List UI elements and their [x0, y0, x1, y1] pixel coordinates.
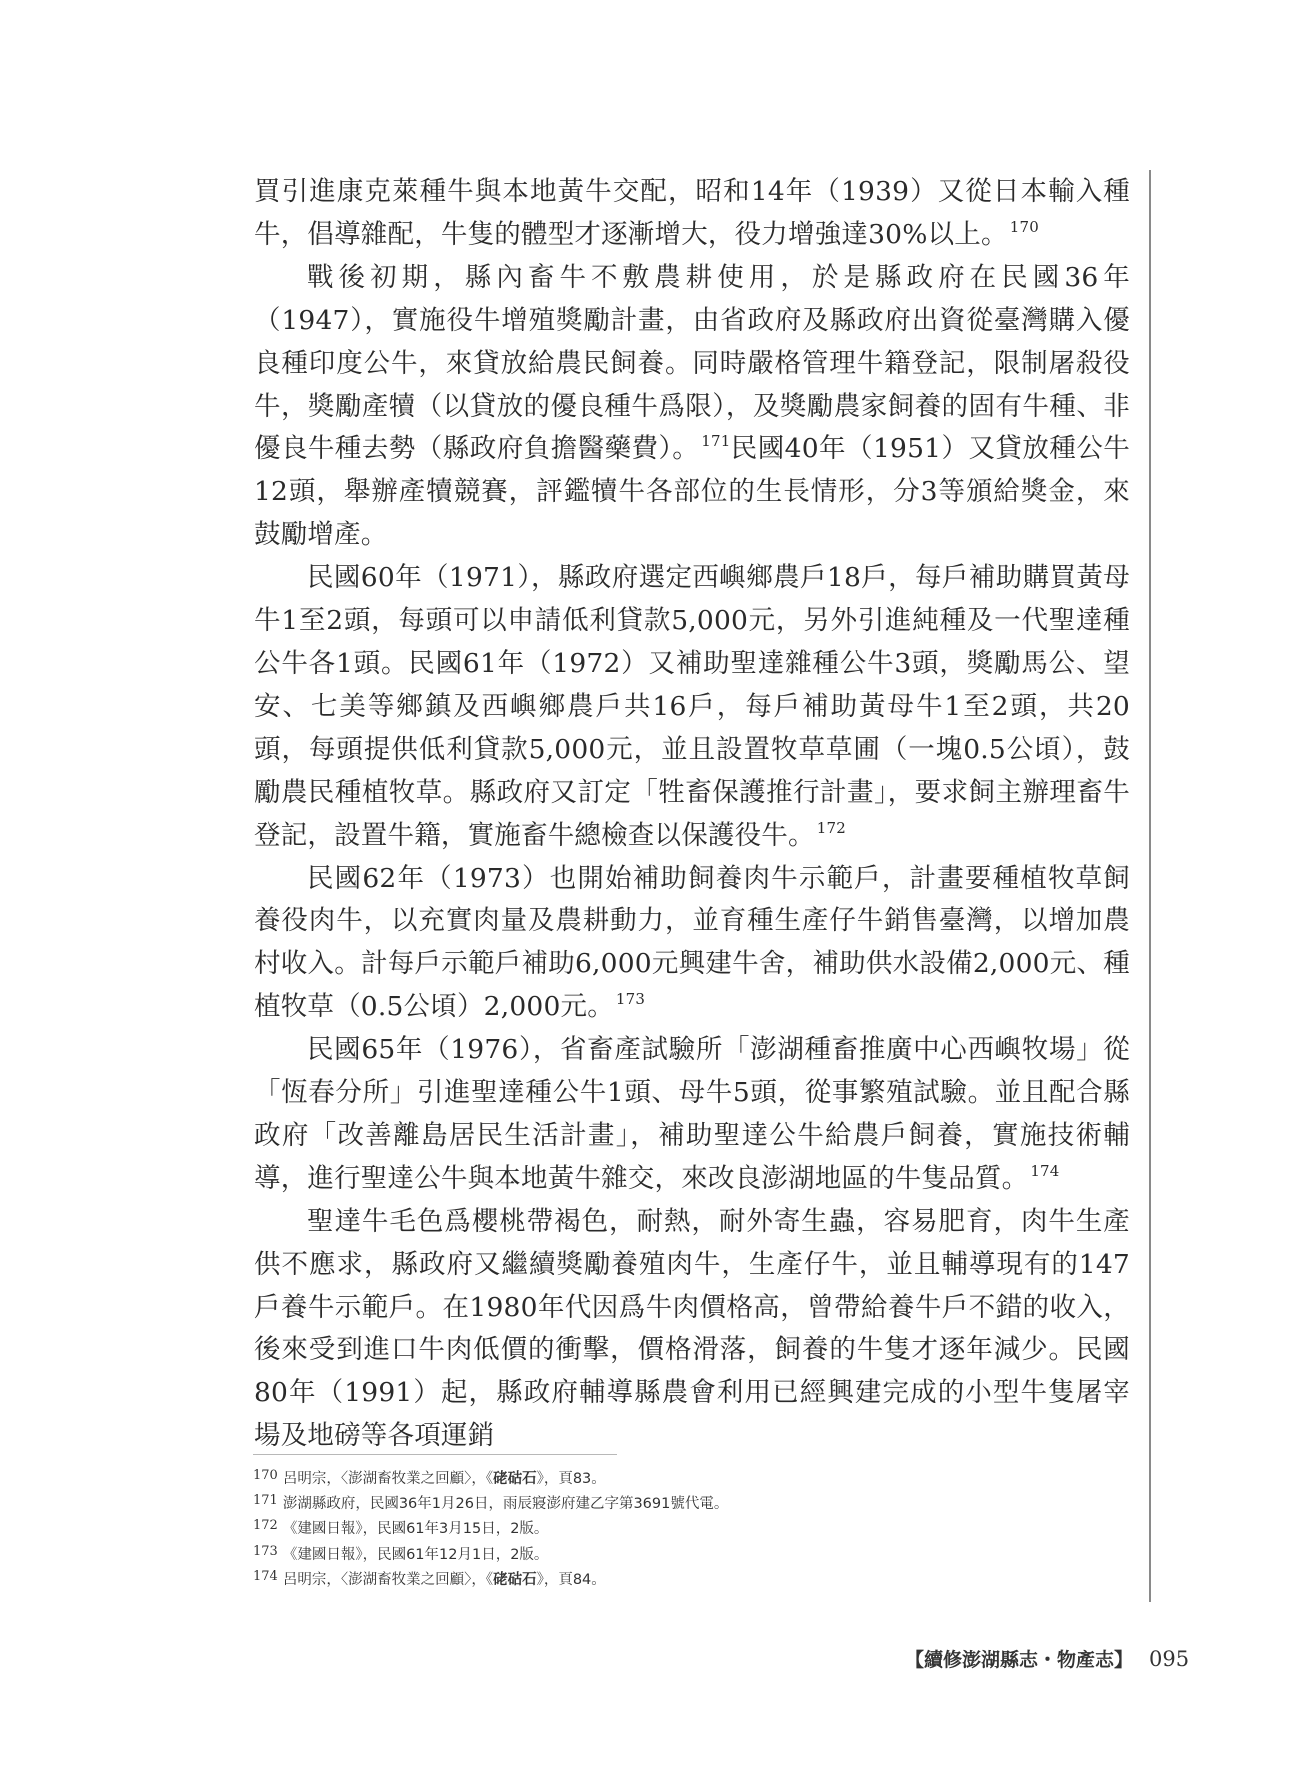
- footnote-170: 170呂明宗，〈澎湖畜牧業之回顧〉，《硓𥑮石》，頁83。: [253, 1465, 1133, 1490]
- body-text: 買引進康克萊種牛與本地黃牛交配，昭和14年（1939）又從日本輸入種牛，倡導雜配…: [254, 171, 1130, 1458]
- document-page: 買引進康克萊種牛與本地黃牛交配，昭和14年（1939）又從日本輸入種牛，倡導雜配…: [0, 0, 1300, 1779]
- footnote-172: 172《建國日報》，民國61年3月15日，2版。: [253, 1515, 1133, 1540]
- footnote-number: 171: [253, 1493, 278, 1508]
- paragraph-4: 民國62年（1973）也開始補助飼養肉牛示範戶，計畫要種植牧草飼養役肉牛，以充實…: [254, 858, 1130, 1030]
- footnote-number: 173: [253, 1544, 278, 1559]
- running-footer: 【續修澎湖縣志・物產志】095: [905, 1645, 1189, 1672]
- footnote-ref-171[interactable]: 171: [701, 432, 730, 450]
- footnote-text: 澎湖縣政府，民國36年1月26日，雨辰寢澎府建乙字第3691號代電。: [283, 1496, 729, 1512]
- footnote-ref-173[interactable]: 173: [616, 990, 645, 1008]
- paragraph-text: 民國65年（1976），省畜產試驗所「澎湖種畜推廣中心西嶼牧場」從「恆春分所」引…: [254, 1034, 1130, 1194]
- paragraph-5: 民國65年（1976），省畜產試驗所「澎湖種畜推廣中心西嶼牧場」從「恆春分所」引…: [254, 1029, 1130, 1201]
- paragraph-3: 民國60年（1971），縣政府選定西嶼鄉農戶18戶，每戶補助購買黃母牛1至2頭，…: [254, 557, 1130, 857]
- footnotes: 170呂明宗，〈澎湖畜牧業之回顧〉，《硓𥑮石》，頁83。 171澎湖縣政府，民國…: [253, 1465, 1133, 1591]
- footnote-number: 172: [253, 1518, 278, 1533]
- page-number: 095: [1149, 1647, 1189, 1671]
- footnote-text: 呂明宗，〈澎湖畜牧業之回顧〉，《: [283, 1471, 493, 1487]
- paragraph-6: 聖達牛毛色爲櫻桃帶褐色，耐熱，耐外寄生蟲，容易肥育，肉牛生產供不應求，縣政府又繼…: [254, 1201, 1130, 1458]
- footnote-number: 174: [253, 1569, 278, 1584]
- paragraph-text: 聖達牛毛色爲櫻桃帶褐色，耐熱，耐外寄生蟲，容易肥育，肉牛生產供不應求，縣政府又繼…: [254, 1206, 1130, 1452]
- paragraph-text: 買引進康克萊種牛與本地黃牛交配，昭和14年（1939）又從日本輸入種牛，倡導雜配…: [254, 176, 1130, 250]
- paragraph-text: 民國62年（1973）也開始補助飼養肉牛示範戶，計畫要種植牧草飼養役肉牛，以充實…: [254, 863, 1130, 1023]
- footnote-text: 《建國日報》，民國61年3月15日，2版。: [283, 1521, 549, 1537]
- footnote-171: 171澎湖縣政府，民國36年1月26日，雨辰寢澎府建乙字第3691號代電。: [253, 1490, 1133, 1515]
- book-title: 【續修澎湖縣志・物產志】: [905, 1649, 1133, 1671]
- footnote-bold-title: 硓𥑮石: [493, 1471, 537, 1487]
- paragraph-1: 買引進康克萊種牛與本地黃牛交配，昭和14年（1939）又從日本輸入種牛，倡導雜配…: [254, 171, 1130, 257]
- footnote-number: 170: [253, 1468, 278, 1483]
- footnote-text-end: 》，頁84。: [537, 1572, 606, 1588]
- footnote-text: 呂明宗，〈澎湖畜牧業之回顧〉，《: [283, 1572, 493, 1588]
- footnote-ref-174[interactable]: 174: [1030, 1162, 1059, 1180]
- paragraph-text: 民國60年（1971），縣政府選定西嶼鄉農戶18戶，每戶補助購買黃母牛1至2頭，…: [254, 562, 1130, 850]
- footnote-173: 173《建國日報》，民國61年12月1日，2版。: [253, 1541, 1133, 1566]
- footnote-174: 174呂明宗，〈澎湖畜牧業之回顧〉，《硓𥑮石》，頁84。: [253, 1566, 1133, 1591]
- footnote-separator: [253, 1454, 617, 1455]
- footnote-text-end: 》，頁83。: [537, 1471, 606, 1487]
- footnote-ref-172[interactable]: 172: [817, 819, 846, 837]
- footnote-ref-170[interactable]: 170: [1010, 218, 1039, 236]
- margin-rule: [1149, 170, 1151, 1602]
- footnote-bold-title: 硓𥑮石: [493, 1572, 537, 1588]
- paragraph-2: 戰後初期，縣內畜牛不敷農耕使用，於是縣政府在民國36年（1947），實施役牛增殖…: [254, 257, 1130, 557]
- footnote-text: 《建國日報》，民國61年12月1日，2版。: [283, 1547, 549, 1563]
